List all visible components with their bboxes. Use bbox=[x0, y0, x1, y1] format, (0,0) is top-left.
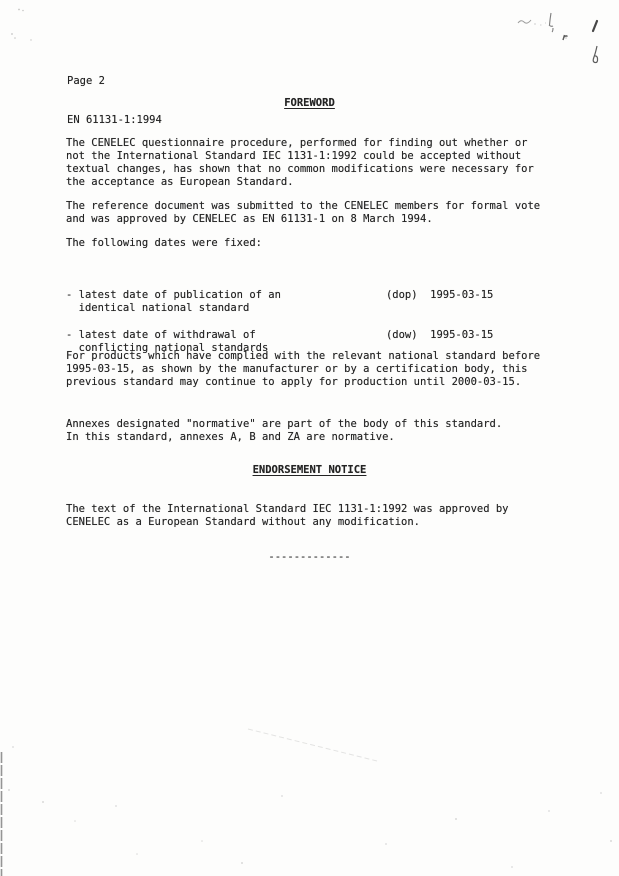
pen-mark-stroke bbox=[593, 21, 597, 31]
separator-dashes: ------------- bbox=[0, 551, 619, 564]
pen-mark-loop bbox=[593, 46, 597, 63]
pen-mark-tick-small bbox=[549, 13, 553, 32]
dates-intro: The following dates were fixed: bbox=[66, 237, 262, 250]
date-value: 1995-03-15 bbox=[430, 329, 493, 341]
date-value: 1995-03-15 bbox=[430, 289, 493, 301]
foreword-paragraph-2: The reference document was submitted to … bbox=[66, 200, 540, 226]
endorsement-heading: ENDORSEMENT NOTICE bbox=[0, 464, 619, 477]
date-code: (dop) bbox=[386, 289, 418, 301]
foreword-paragraph-1: The CENELEC questionnaire procedure, per… bbox=[66, 137, 534, 189]
foreword-heading: FOREWORD bbox=[0, 97, 619, 110]
date-code: (dow) bbox=[386, 329, 418, 341]
document-page: Page 2 EN 61131-1:1994 FOREWORD The CENE… bbox=[0, 0, 619, 876]
endorsement-paragraph: The text of the International Standard I… bbox=[66, 503, 509, 529]
foreword-paragraph-3: For products which have complied with th… bbox=[66, 350, 540, 389]
standard-reference: EN 61131-1:1994 bbox=[67, 114, 162, 127]
pen-mark-squiggle bbox=[518, 20, 531, 23]
pen-mark-dots bbox=[534, 23, 546, 25]
pen-mark-r bbox=[563, 35, 568, 40]
scan-speck bbox=[11, 9, 32, 41]
page-number: Page 2 bbox=[67, 75, 162, 88]
foreword-paragraph-4: Annexes designated "normative" are part … bbox=[66, 418, 502, 444]
scan-crease bbox=[248, 729, 377, 761]
